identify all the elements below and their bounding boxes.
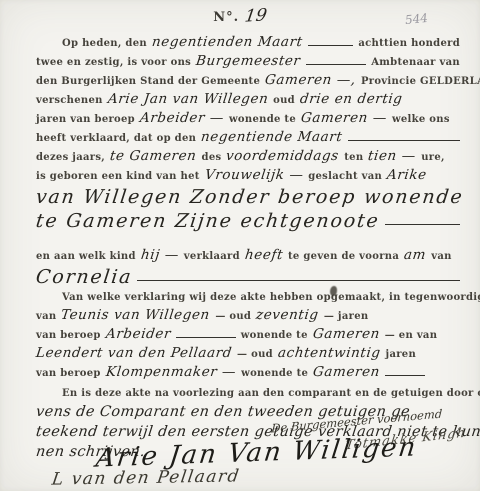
- handwritten-text: Vrouwelijk —: [204, 167, 305, 183]
- witness-signature: L van den Pellaard: [51, 466, 242, 489]
- printed-text: van: [431, 249, 451, 264]
- handwritten-text: te Gameren: [109, 148, 197, 164]
- printed-text: Provincie GELDERLAND,: [361, 74, 480, 89]
- printed-text: te geven de voorna: [288, 249, 399, 264]
- handwritten-text: van Willegen Zonder beroep wonende: [35, 186, 465, 208]
- handwritten-text: Cornelia: [35, 266, 134, 288]
- handwritten-text: negentienden Maart: [151, 34, 304, 50]
- document-sheet: N°.19 544 Op heden, dennegentienden Maar…: [0, 0, 480, 491]
- handwritten-text: achtentwintig: [277, 345, 382, 361]
- handwritten-text: Gameren: [312, 364, 381, 380]
- document-line: vanTeunis van Willegen— oudzeventig— jar…: [36, 307, 460, 324]
- printed-text: verschenen: [36, 93, 103, 108]
- document-line: van beroepArbeiderwonende teGameren— en …: [36, 326, 460, 343]
- handwritten-text: Arbeider: [105, 326, 172, 342]
- printed-text: En is deze akte na voorlezing aan den co…: [62, 386, 480, 401]
- handwritten-text: Gameren: [312, 326, 381, 342]
- handwritten-text: Teunis van Willegen: [60, 307, 211, 323]
- document-line: heeft verklaard, dat op dennegentiende M…: [36, 129, 460, 146]
- handwritten-text: Leendert van den Pellaard: [35, 345, 233, 361]
- handwritten-text: Gameren —: [300, 110, 388, 126]
- document-line: En is deze akte na voorlezing aan den co…: [36, 383, 460, 401]
- document-line: Van welke verklaring wij deze akte hebbe…: [36, 290, 460, 305]
- printed-text: ure,: [421, 150, 445, 165]
- printed-text: van beroep: [36, 366, 101, 381]
- handwritten-text: am: [403, 247, 427, 263]
- printed-text: des: [202, 150, 222, 165]
- printed-text: wonende te: [229, 112, 296, 127]
- printed-text: verklaard: [184, 249, 240, 264]
- document-line: dezes jaars,te Gamerendesvoordemiddagste…: [36, 148, 460, 165]
- printed-text: van: [36, 309, 56, 324]
- printed-text: — en van: [385, 328, 438, 343]
- printed-text: achttien honderd: [358, 36, 460, 51]
- printed-text: van beroep: [36, 328, 101, 343]
- printed-text: Van welke verklaring wij deze akte hebbe…: [62, 290, 480, 305]
- corner-mark: 544: [404, 11, 428, 27]
- handwritten-text: voordemiddags: [225, 148, 340, 164]
- document-line: te Gameren Zijne echtgenoote: [36, 210, 460, 232]
- printed-text: wonende te: [241, 366, 308, 381]
- printed-text: heeft verklaard, dat op den: [36, 131, 196, 146]
- printed-text: is geboren een kind van het: [36, 169, 200, 184]
- handwritten-text: Arie Jan van Willegen: [107, 91, 269, 107]
- handwritten-text: —: [221, 364, 237, 380]
- printed-text: geslacht van: [308, 169, 382, 184]
- handwritten-text: Arbeider —: [139, 110, 225, 126]
- printed-text: Op heden, den: [62, 36, 147, 51]
- handwritten-text: Burgemeester: [195, 53, 301, 69]
- printed-text: en aan welk kind: [36, 249, 136, 264]
- printed-text: — oud: [237, 347, 273, 362]
- dash-rule: [348, 140, 460, 141]
- printed-text: oud: [273, 93, 295, 108]
- handwritten-text: te Gameren Zijne echtgenoote: [35, 210, 381, 232]
- handwritten-text: heeft: [244, 247, 284, 263]
- handwritten-text: hij —: [140, 247, 180, 263]
- document-line: twee en zestig, is voor onsBurgemeesterA…: [36, 53, 460, 70]
- document-line: jaren van beroepArbeider —wonende teGame…: [36, 110, 460, 127]
- printed-text: — jaren: [324, 309, 369, 324]
- document-line: van Willegen Zonder beroep wonende: [36, 186, 460, 208]
- printed-text: welke ons: [392, 112, 450, 127]
- handwritten-text: Gameren —,: [264, 72, 357, 88]
- document-line: en aan welk kindhij —verklaardheeftte ge…: [36, 247, 460, 264]
- handwritten-text: negentiende Maart: [200, 129, 343, 145]
- document-line: Cornelia: [36, 266, 460, 288]
- printed-text: twee en zestig, is voor ons: [36, 55, 191, 70]
- dash-rule: [308, 45, 354, 46]
- document-line: is geboren een kind van hetVrouwelijk —g…: [36, 167, 460, 184]
- printed-text: Ambtenaar van: [371, 55, 460, 70]
- document-body: Op heden, dennegentienden Maartachttien …: [36, 34, 460, 463]
- printed-text: den Burgerlijken Stand der Gemeente: [36, 74, 260, 89]
- handwritten-text: zeventig: [255, 307, 320, 323]
- handwritten-text: drie en dertig: [299, 91, 404, 107]
- dash-rule: [306, 64, 367, 65]
- document-line: verschenenArie Jan van Willegenouddrie e…: [36, 91, 460, 108]
- dash-rule: [385, 224, 460, 225]
- act-number-label: N°.: [213, 10, 239, 25]
- printed-text: — oud: [215, 309, 251, 324]
- dash-rule: [137, 280, 460, 281]
- act-number-value: 19: [244, 5, 269, 26]
- printed-text: wonende te: [241, 328, 308, 343]
- document-line: Op heden, dennegentienden Maartachttien …: [36, 34, 460, 51]
- dash-rule: [176, 337, 236, 338]
- printed-text: ten: [344, 150, 363, 165]
- handwritten-text: tien —: [367, 148, 417, 164]
- document-line: Leendert van den Pellaard— oudachtentwin…: [36, 345, 460, 362]
- document-line: van beroepKlompenmaker—wonende teGameren: [36, 364, 460, 381]
- document-line: den Burgerlijken Stand der GemeenteGamer…: [36, 72, 460, 89]
- handwritten-text: Klompenmaker: [105, 364, 218, 380]
- handwritten-text: Arike: [386, 167, 428, 183]
- printed-text: jaren: [386, 347, 417, 362]
- printed-text: dezes jaars,: [36, 150, 105, 165]
- dash-rule: [385, 375, 425, 376]
- printed-text: jaren van beroep: [36, 112, 135, 127]
